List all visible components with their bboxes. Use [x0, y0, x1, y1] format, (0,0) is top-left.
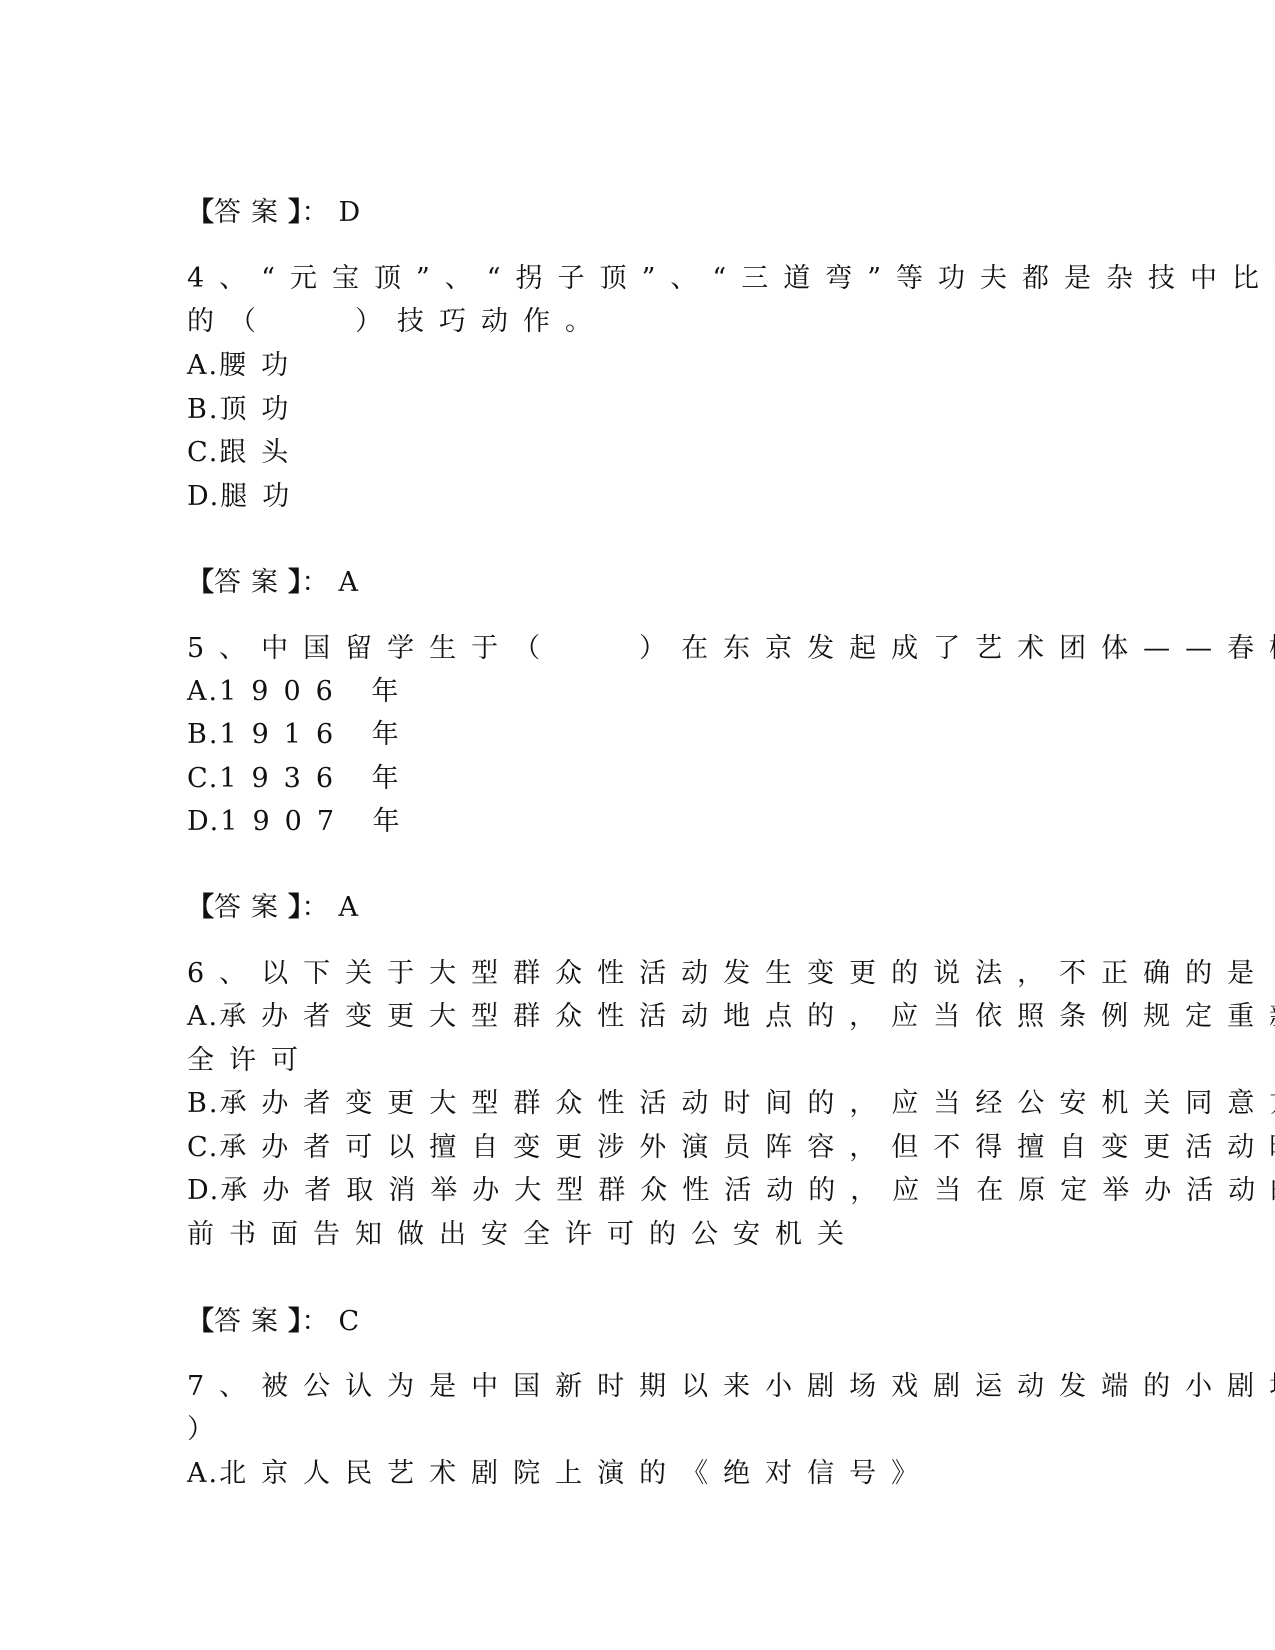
option-item: A.1906 年 — [187, 675, 413, 709]
answer-bracket-close: 】 — [288, 1306, 302, 1337]
option-item: B.顶功 — [187, 393, 303, 427]
option-item: D.1907 年 — [187, 805, 415, 839]
answer-bracket-close: 】 — [288, 892, 302, 923]
option-label: C. — [187, 1132, 219, 1163]
option-label: A. — [187, 1001, 219, 1032]
option-item: C.承办者可以擅自变更涉外演员阵容，但不得擅自变更活动时间 — [187, 1131, 1275, 1165]
option-text: 1936 年 — [219, 763, 413, 794]
option-label: D. — [187, 481, 220, 512]
answer-line: 【答案】：D — [187, 196, 366, 230]
answer-bracket-open: 【 — [187, 197, 214, 228]
answer-value: A — [339, 892, 365, 923]
option-item: D.腿功 — [187, 480, 304, 514]
option-text: 1907 年 — [220, 806, 414, 837]
option-text: 承办者变更大型群众性活动时间的，应当经公安机关同意方可变更 — [219, 1088, 1275, 1119]
option-label: B. — [187, 394, 219, 425]
option-text: 腰功 — [219, 350, 303, 381]
option-item: B.1916 年 — [187, 718, 414, 752]
answer-value: A — [339, 567, 365, 598]
option-text: 承办者可以擅自变更涉外演员阵容，但不得擅自变更活动时间 — [219, 1132, 1275, 1163]
option-label: B. — [187, 719, 219, 750]
answer-label: 答案 — [214, 567, 288, 598]
option-text: 北京人民艺术剧院上演的《绝对信号》 — [219, 1458, 933, 1489]
option-text: 顶功 — [219, 394, 303, 425]
option-label: C. — [187, 437, 219, 468]
answer-line: 【答案】：C — [187, 1305, 365, 1339]
option-item: C.1936 年 — [187, 762, 414, 796]
answer-line: 【答案】：A — [187, 566, 364, 600]
option-label: D. — [187, 1175, 220, 1206]
answer-colon: ： — [302, 892, 335, 923]
option-item: B.承办者变更大型群众性活动时间的，应当经公安机关同意方可变更 — [187, 1087, 1275, 1121]
answer-colon: ： — [302, 567, 335, 598]
option-label: D. — [187, 806, 220, 837]
answer-value: D — [339, 197, 367, 228]
answer-value: C — [339, 1306, 366, 1337]
option-label: A. — [187, 350, 219, 381]
option-item: A.腰功 — [187, 349, 303, 383]
answer-bracket-open: 【 — [187, 892, 214, 923]
option-text: 跟头 — [219, 437, 303, 468]
question-text: 7、被公认为是中国新时期以来小剧场戏剧运动发端的小剧场话剧是（ — [187, 1370, 1275, 1404]
answer-bracket-open: 【 — [187, 1306, 214, 1337]
question-text: 4、“元宝顶”、“拐子顶”、“三道弯”等功夫都是杂技中比较典型 — [187, 262, 1275, 296]
answer-label: 答案 — [214, 1306, 288, 1337]
option-label: C. — [187, 763, 219, 794]
answer-bracket-close: 】 — [288, 567, 302, 598]
answer-bracket-open: 【 — [187, 567, 214, 598]
question-text: 5、中国留学生于（ ）在东京发起成了艺术团体——春柳社（ ） — [187, 632, 1275, 666]
answer-label: 答案 — [214, 197, 288, 228]
answer-colon: ： — [302, 1306, 335, 1337]
option-text: 1916 年 — [219, 719, 413, 750]
answer-line: 【答案】：A — [187, 891, 364, 925]
option-label: A. — [187, 676, 219, 707]
answer-bracket-close: 】 — [288, 197, 302, 228]
option-label: B. — [187, 1088, 219, 1119]
option-text-continuation: 前书面告知做出安全许可的公安机关 — [187, 1218, 859, 1252]
option-label: A. — [187, 1458, 219, 1489]
option-text-continuation: 全许可 — [187, 1044, 313, 1078]
option-text: 1906 年 — [219, 676, 413, 707]
option-text: 腿功 — [220, 481, 304, 512]
question-text: 6、以下关于大型群众性活动发生变更的说法，不正确的是（ ） — [187, 957, 1275, 991]
option-item: D.承办者取消举办大型群众性活动的，应当在原定举办活动的时间之 — [187, 1174, 1275, 1208]
option-item: A.北京人民艺术剧院上演的《绝对信号》 — [187, 1457, 933, 1491]
question-text: 的（ ）技巧动作。 — [187, 305, 607, 339]
answer-label: 答案 — [214, 892, 288, 923]
answer-colon: ： — [302, 197, 335, 228]
option-text: 承办者取消举办大型群众性活动的，应当在原定举办活动的时间之 — [220, 1175, 1275, 1206]
option-text: 承办者变更大型群众性活动地点的，应当依照条例规定重新申请安 — [219, 1001, 1275, 1032]
option-item: A.承办者变更大型群众性活动地点的，应当依照条例规定重新申请安 — [187, 1000, 1275, 1034]
option-item: C.跟头 — [187, 436, 303, 470]
question-text: ） — [187, 1413, 229, 1447]
